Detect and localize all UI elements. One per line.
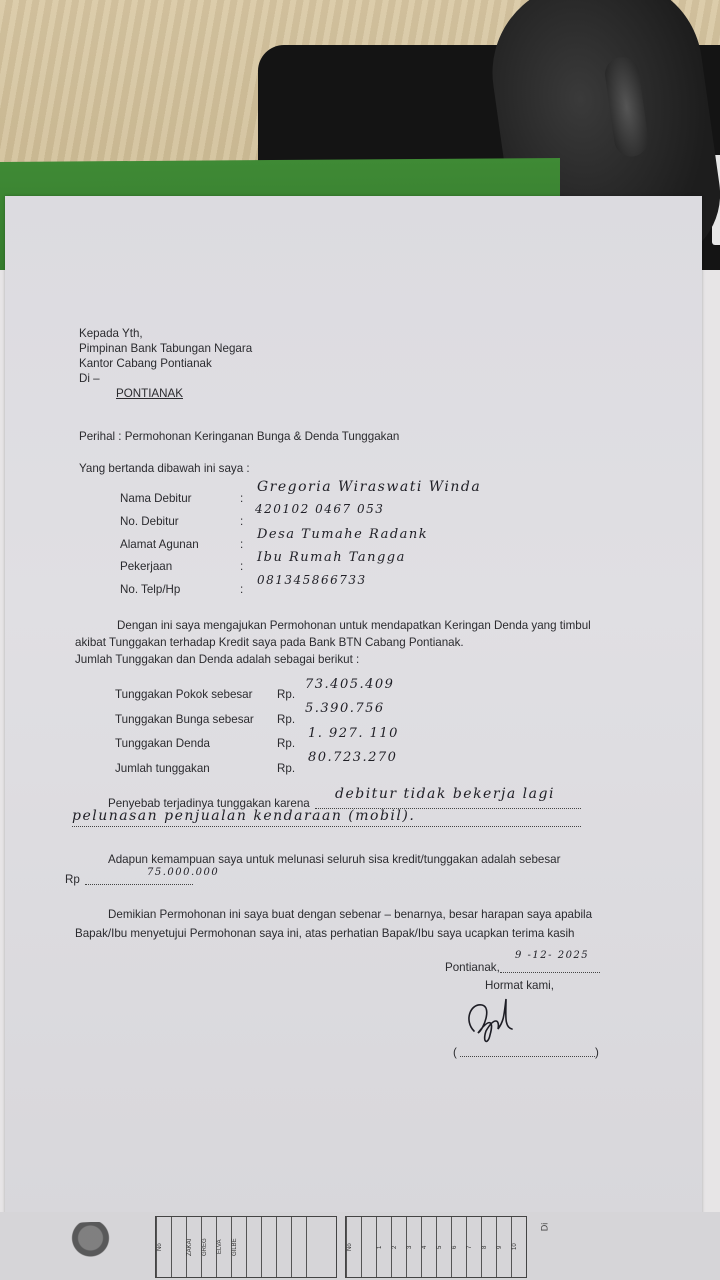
table-cell (261, 1217, 276, 1277)
recipient-line-1: Pimpinan Bank Tabungan Negara (79, 342, 252, 355)
recipient-city: PONTIANAK (116, 387, 183, 400)
table-cell-name: GILBE (231, 1217, 246, 1277)
table-cell-name: GREG (201, 1217, 216, 1277)
table-header-no: No (346, 1217, 361, 1277)
recipient-line-2: Kantor Cabang Pontianak (79, 357, 212, 370)
field-label-telp: No. Telp/Hp (120, 583, 180, 596)
arrears-label-denda: Tunggakan Denda (115, 737, 210, 750)
arrears-currency: Rp. (277, 737, 295, 750)
field-sep: : (240, 515, 243, 528)
table-cell-number: 6 (451, 1217, 466, 1277)
table-cell-number: 1 (376, 1217, 391, 1277)
field-value-alamat: Desa Tumahe Radank (257, 527, 428, 542)
table-cell-number: 9 (496, 1217, 511, 1277)
form-table-right: No 1 2 3 4 5 6 7 8 9 10 (345, 1216, 527, 1278)
sign-place: Pontianak, (445, 961, 500, 974)
ability-text: Adapun kemampuan saya untuk melunasi sel… (108, 853, 560, 866)
arrears-currency: Rp. (277, 713, 295, 726)
field-value-no-debitur: 420102 0467 053 (255, 502, 384, 516)
arrears-currency: Rp. (277, 762, 295, 775)
field-label-nama: Nama Debitur (120, 492, 192, 505)
table-cell-name: ZAKAI (186, 1217, 201, 1277)
handwritten-signature (460, 991, 540, 1046)
table-cell (276, 1217, 291, 1277)
ability-value: 75.000.000 (147, 867, 219, 878)
date-dotted-line (500, 972, 600, 973)
signature-bracket-close: ) (595, 1046, 599, 1059)
table-cell-number: 10 (511, 1217, 526, 1277)
field-sep: : (240, 538, 243, 551)
arrears-label-bunga: Tunggakan Bunga sebesar (115, 713, 254, 726)
field-sep: : (240, 560, 243, 573)
arrears-value-denda: 1. 927. 110 (308, 726, 399, 741)
table-cell (246, 1217, 261, 1277)
arrears-value-bunga: 5.390.756 (305, 701, 385, 716)
table-cell-number: 4 (421, 1217, 436, 1277)
body-paragraph-line-2: akibat Tunggakan terhadap Kredit saya pa… (75, 636, 464, 649)
field-sep: : (240, 583, 243, 596)
letter-document: Kepada Yth, Pimpinan Bank Tabungan Negar… (5, 196, 702, 1221)
body-paragraph-line-3: Jumlah Tunggakan dan Denda adalah sebaga… (75, 653, 359, 666)
table-cell-name: ELVA (216, 1217, 231, 1277)
cause-handwritten-line-2: pelunasan penjualan kendaraan (mobil). (72, 808, 415, 824)
table-cell-number: 3 (406, 1217, 421, 1277)
field-label-no-debitur: No. Debitur (120, 515, 179, 528)
closing-line-1: Demikian Permohonan ini saya buat dengan… (108, 908, 592, 921)
closing-line-2: Bapak/Ibu menyetujui Permohonan saya ini… (75, 927, 574, 940)
arrears-label-jumlah: Jumlah tunggakan (115, 762, 210, 775)
field-sep: : (240, 492, 243, 505)
table-cell (291, 1217, 306, 1277)
arrears-currency: Rp. (277, 688, 295, 701)
arrears-value-jumlah: 80.723.270 (308, 750, 397, 765)
recipient-line-3: Di – (79, 372, 100, 385)
intro-line: Yang bertanda dibawah ini saya : (79, 462, 250, 475)
field-label-alamat: Alamat Agunan (120, 538, 199, 551)
table-cell (361, 1217, 376, 1277)
table-header-no: No (156, 1217, 171, 1277)
ability-currency: Rp (65, 873, 80, 886)
mouse-scroll-wheel (603, 55, 651, 159)
table-cell-number: 5 (436, 1217, 451, 1277)
table-cell-number: 8 (481, 1217, 496, 1277)
signature-bracket-open: ( (453, 1046, 457, 1059)
table-cell-number: 7 (466, 1217, 481, 1277)
table-cell (171, 1217, 186, 1277)
field-label-pekerjaan: Pekerjaan (120, 560, 172, 573)
cause-handwritten-line-1: debitur tidak bekerja lagi (335, 786, 555, 802)
field-value-telp: 081345866733 (257, 573, 367, 587)
arrears-label-pokok: Tunggakan Pokok sebesar (115, 688, 253, 701)
field-value-nama: Gregoria Wiraswati Winda (257, 479, 481, 495)
ability-dotted-line (85, 884, 193, 885)
cause-dotted-line-2 (72, 826, 581, 827)
table-cell-number: 2 (391, 1217, 406, 1277)
subject-line: Perihal : Permohonan Keringanan Bunga & … (79, 430, 399, 443)
body-paragraph-line-1: Dengan ini saya mengajukan Permohonan un… (117, 619, 591, 632)
recipient-salutation: Kepada Yth, (79, 327, 143, 340)
table-cell (306, 1217, 321, 1277)
sign-date: 9 -12- 2025 (515, 950, 589, 961)
signature-name-dotted-line (460, 1056, 595, 1057)
field-value-pekerjaan: Ibu Rumah Tangga (257, 550, 406, 565)
form-table-left: No ZAKAI GREG ELVA GILBE (155, 1216, 337, 1278)
arrears-value-pokok: 73.405.409 (305, 677, 394, 692)
side-mark: Di (539, 1223, 549, 1232)
